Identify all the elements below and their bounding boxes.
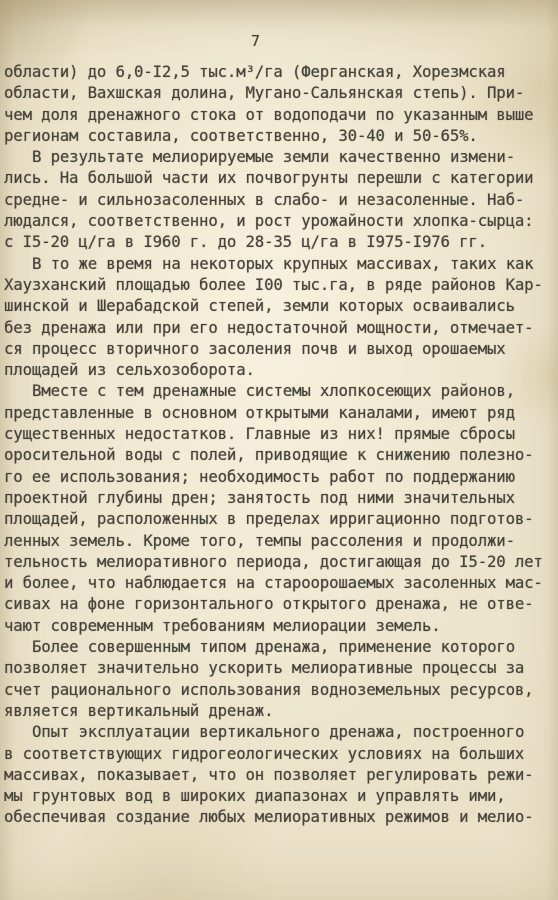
text-line: Опыт эксплуатации вертикального дренажа,… xyxy=(4,722,558,743)
paragraph: Более совершенным типом дренажа, примене… xyxy=(4,637,558,722)
text-line: сивах на фоне горизонтального открытого … xyxy=(4,594,558,615)
page-number: 7 xyxy=(0,32,558,50)
paragraph: Вместе с тем дренажные системы хлопкосею… xyxy=(4,381,558,637)
text-line: в соответствующих гидрогеологических усл… xyxy=(4,744,558,765)
text-line: ленных земель. Кроме того, темпы рассоле… xyxy=(4,531,558,552)
text-line: чем доля дренажного стока от водоподачи … xyxy=(4,105,558,126)
text-line: Более совершенным типом дренажа, примене… xyxy=(4,637,558,658)
text-line: Вместе с тем дренажные системы хлопкосею… xyxy=(4,381,558,402)
text-line: мы грунтовых вод в широких диапазонах и … xyxy=(4,786,558,807)
text-line: является вертикальный дренаж. xyxy=(4,701,558,722)
text-line: регионам составила, соответственно, 30-4… xyxy=(4,126,558,147)
text-line: людался, соответственно, и рост урожайно… xyxy=(4,211,558,232)
text-line: чают современным требованиям мелиорации … xyxy=(4,616,558,637)
text-line: В то же время на некоторых крупных масси… xyxy=(4,254,558,275)
text-line: средне- и сильнозасоленных в слабо- и не… xyxy=(4,190,558,211)
text-line: счет рационального использования воднозе… xyxy=(4,680,558,701)
paragraph: В результате мелиорируемые земли качеств… xyxy=(4,147,558,253)
text-line: площадей из сельхозоборота. xyxy=(4,360,558,381)
text-line: существенных недостатков. Главные из них… xyxy=(4,424,558,445)
text-line: без дренажа или при его недостаточной мо… xyxy=(4,318,558,339)
text-line: массивах, показывает, что он позволяет р… xyxy=(4,765,558,786)
text-line: с I5-20 ц/га в I960 г. до 28-35 ц/га в I… xyxy=(4,232,558,253)
text-line: площадей, расположенных в пределах ирриг… xyxy=(4,509,558,530)
text-line: оросительной воды с полей, приводящие к … xyxy=(4,445,558,466)
text-block: области) до 6,0-I2,5 тыс.м³/га (Ферганск… xyxy=(4,62,558,829)
text-line: позволяет значительно ускорить мелиорати… xyxy=(4,658,558,679)
paragraph: В то же время на некоторых крупных масси… xyxy=(4,254,558,382)
text-line: шинской и Шерабадской степей, земли кото… xyxy=(4,296,558,317)
text-line: Хаузханский площадью более I00 тыс.га, в… xyxy=(4,275,558,296)
text-line: тельность мелиоративного периода, достиг… xyxy=(4,552,558,573)
text-line: ся процесс вторичного засоления почв и в… xyxy=(4,339,558,360)
paragraph: области) до 6,0-I2,5 тыс.м³/га (Ферганск… xyxy=(4,62,558,147)
text-line: и более, что наблюдается на староорошаем… xyxy=(4,573,558,594)
text-line: области) до 6,0-I2,5 тыс.м³/га (Ферганск… xyxy=(4,62,558,83)
text-line: обеспечивая создание любых мелиоративных… xyxy=(4,807,558,828)
text-line: В результате мелиорируемые земли качеств… xyxy=(4,147,558,168)
document-page: 7 области) до 6,0-I2,5 тыс.м³/га (Ферган… xyxy=(0,0,558,900)
text-line: области, Вахшская долина, Мугано-Сальянс… xyxy=(4,83,558,104)
text-line: лись. На большой части их почвогрунты пе… xyxy=(4,168,558,189)
text-line: представленные в основном открытыми кана… xyxy=(4,403,558,424)
text-line: го ее использования; необходимость работ… xyxy=(4,467,558,488)
text-line: проектной глубины дрен; занятость под ни… xyxy=(4,488,558,509)
paragraph: Опыт эксплуатации вертикального дренажа,… xyxy=(4,722,558,828)
